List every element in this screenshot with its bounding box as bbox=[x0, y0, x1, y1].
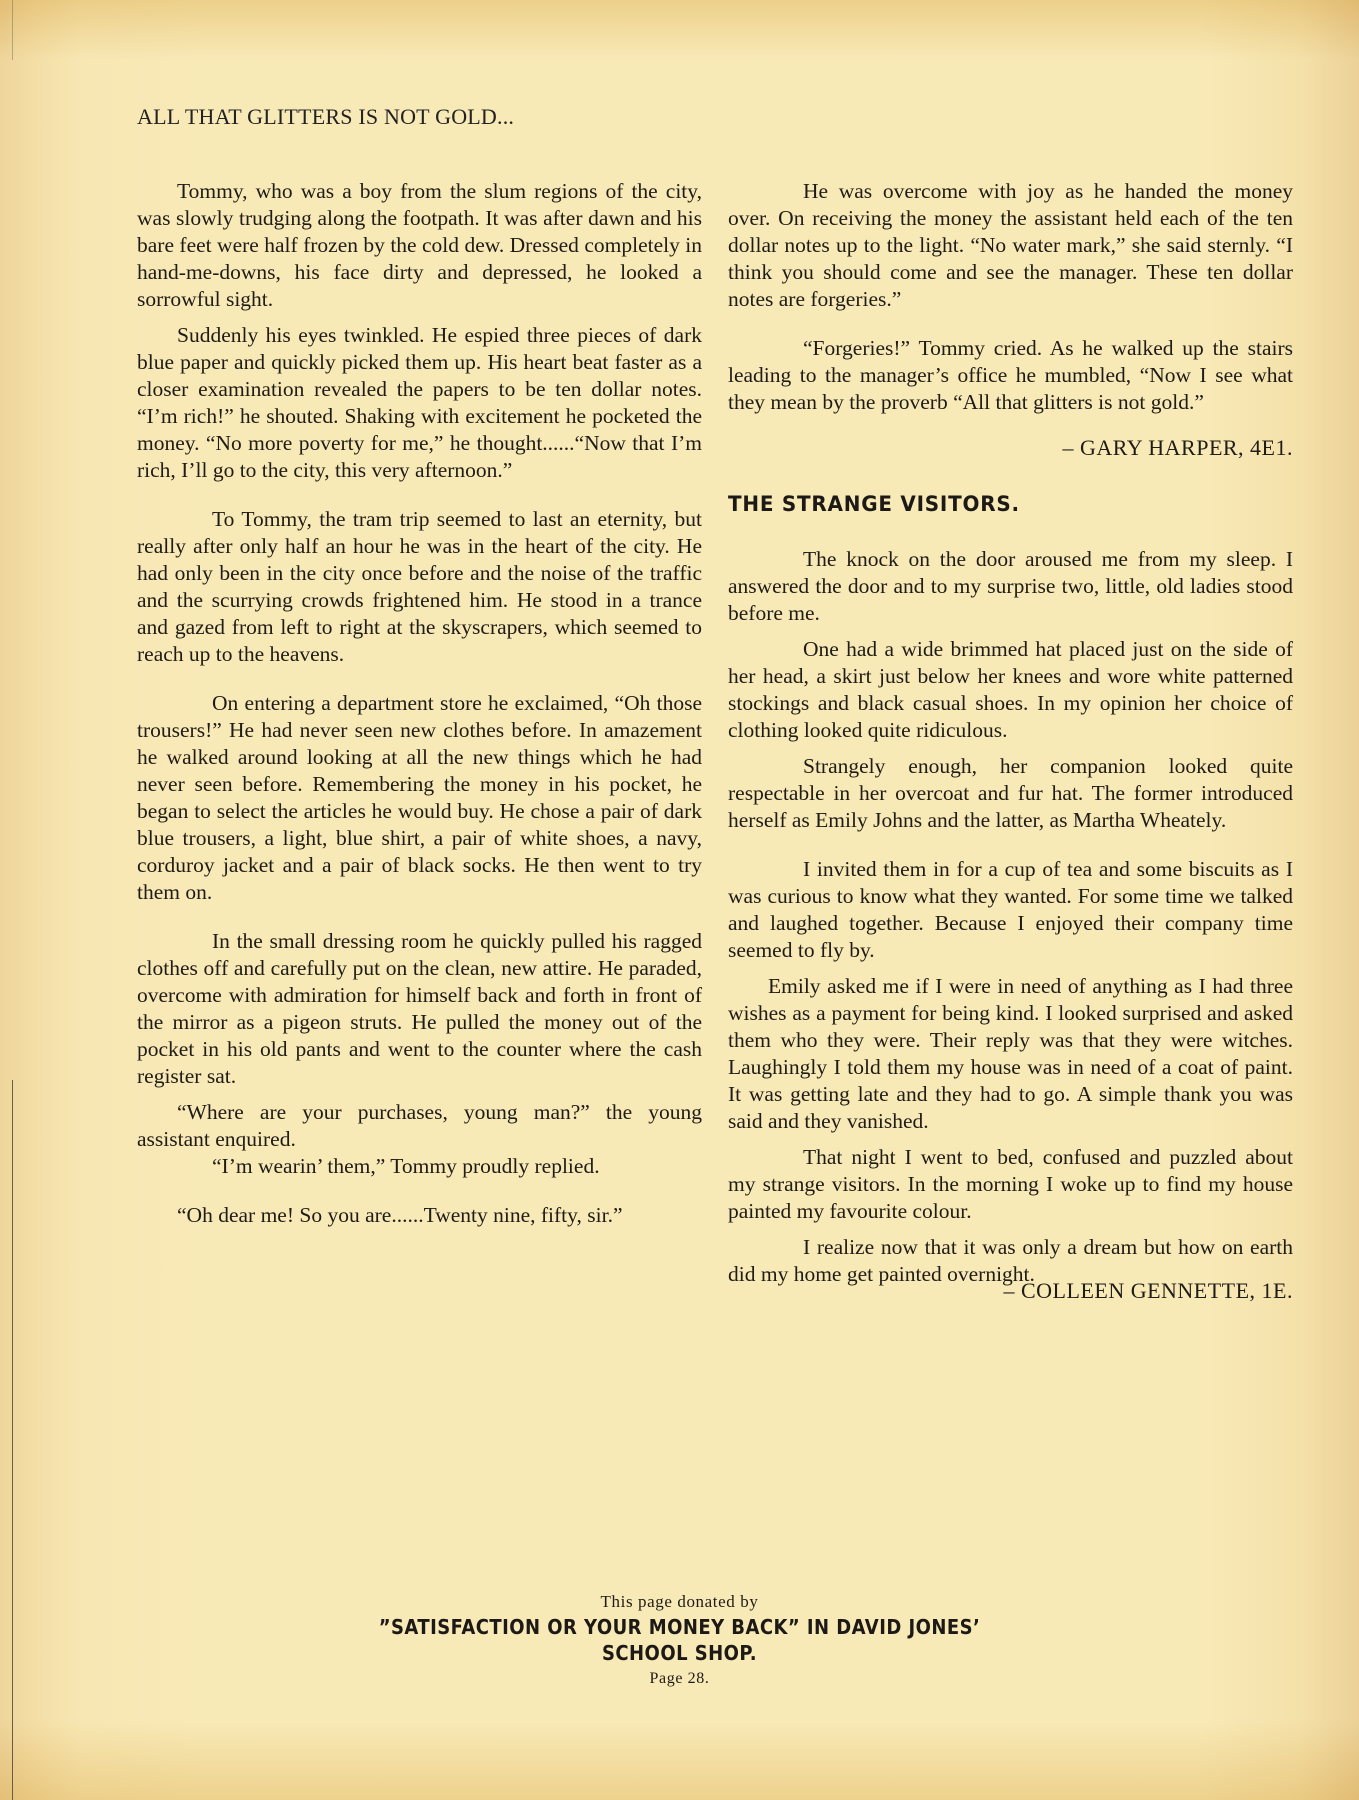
story1-paragraph-9: He was overcome with joy as he handed th… bbox=[728, 178, 1293, 313]
story1-paragraph-1: Tommy, who was a boy from the slum regio… bbox=[137, 178, 702, 313]
footer-sponsor-line-2: SCHOOL SHOP. bbox=[68, 1640, 1291, 1666]
story2-paragraph-6: That night I went to bed, confused and p… bbox=[728, 1144, 1293, 1225]
page-header: ALL THAT GLITTERS IS NOT GOLD... bbox=[137, 104, 514, 130]
story1-paragraph-4: On entering a department store he ex­cla… bbox=[137, 690, 702, 906]
story2-paragraph-3: Strangely enough, her companion looked q… bbox=[728, 753, 1293, 834]
story2-title: THE STRANGE VISITORS. bbox=[728, 491, 1265, 518]
story1-paragraph-2: Suddenly his eyes twinkled. He espied th… bbox=[137, 322, 702, 484]
page-binding-edge bbox=[12, 0, 13, 60]
page-number: Page 28. bbox=[0, 1670, 1359, 1688]
story1-paragraph-7: “I’m wearin’ them,” Tommy proudly re­pli… bbox=[137, 1153, 702, 1180]
story1-paragraph-8: “Oh dear me! So you are......Twenty nine… bbox=[137, 1202, 702, 1229]
story2-paragraph-5: Emily asked me if I were in need of anyt… bbox=[728, 973, 1293, 1135]
story1-paragraph-10: “Forgeries!” Tommy cried. As he walked u… bbox=[728, 335, 1293, 416]
story2-paragraph-1: The knock on the door aroused me from my… bbox=[728, 546, 1293, 627]
story1-paragraph-5: In the small dressing room he quickly pu… bbox=[137, 928, 702, 1090]
right-column: He was overcome with joy as he handed th… bbox=[728, 178, 1293, 1334]
page-binding-line bbox=[12, 1080, 13, 1800]
footer-sponsor-line-1: ”SATISFACTION OR YOUR MONEY BACK” IN DAV… bbox=[68, 1614, 1291, 1640]
story2-paragraph-2: One had a wide brimmed hat placed just o… bbox=[728, 636, 1293, 744]
story2-paragraph-4: I invited them in for a cup of tea and s… bbox=[728, 856, 1293, 964]
page-footer: This page donated by ”SATISFACTION OR YO… bbox=[0, 1592, 1359, 1688]
left-column: Tommy, who was a boy from the slum regio… bbox=[137, 178, 702, 1238]
story1-paragraph-6: “Where are your purchases, young man?” t… bbox=[137, 1099, 702, 1153]
story1-signature: – GARY HARPER, 4E1. bbox=[728, 434, 1293, 461]
story1-paragraph-3: To Tommy, the tram trip seemed to last a… bbox=[137, 506, 702, 668]
footer-donated-text: This page donated by bbox=[0, 1592, 1359, 1612]
